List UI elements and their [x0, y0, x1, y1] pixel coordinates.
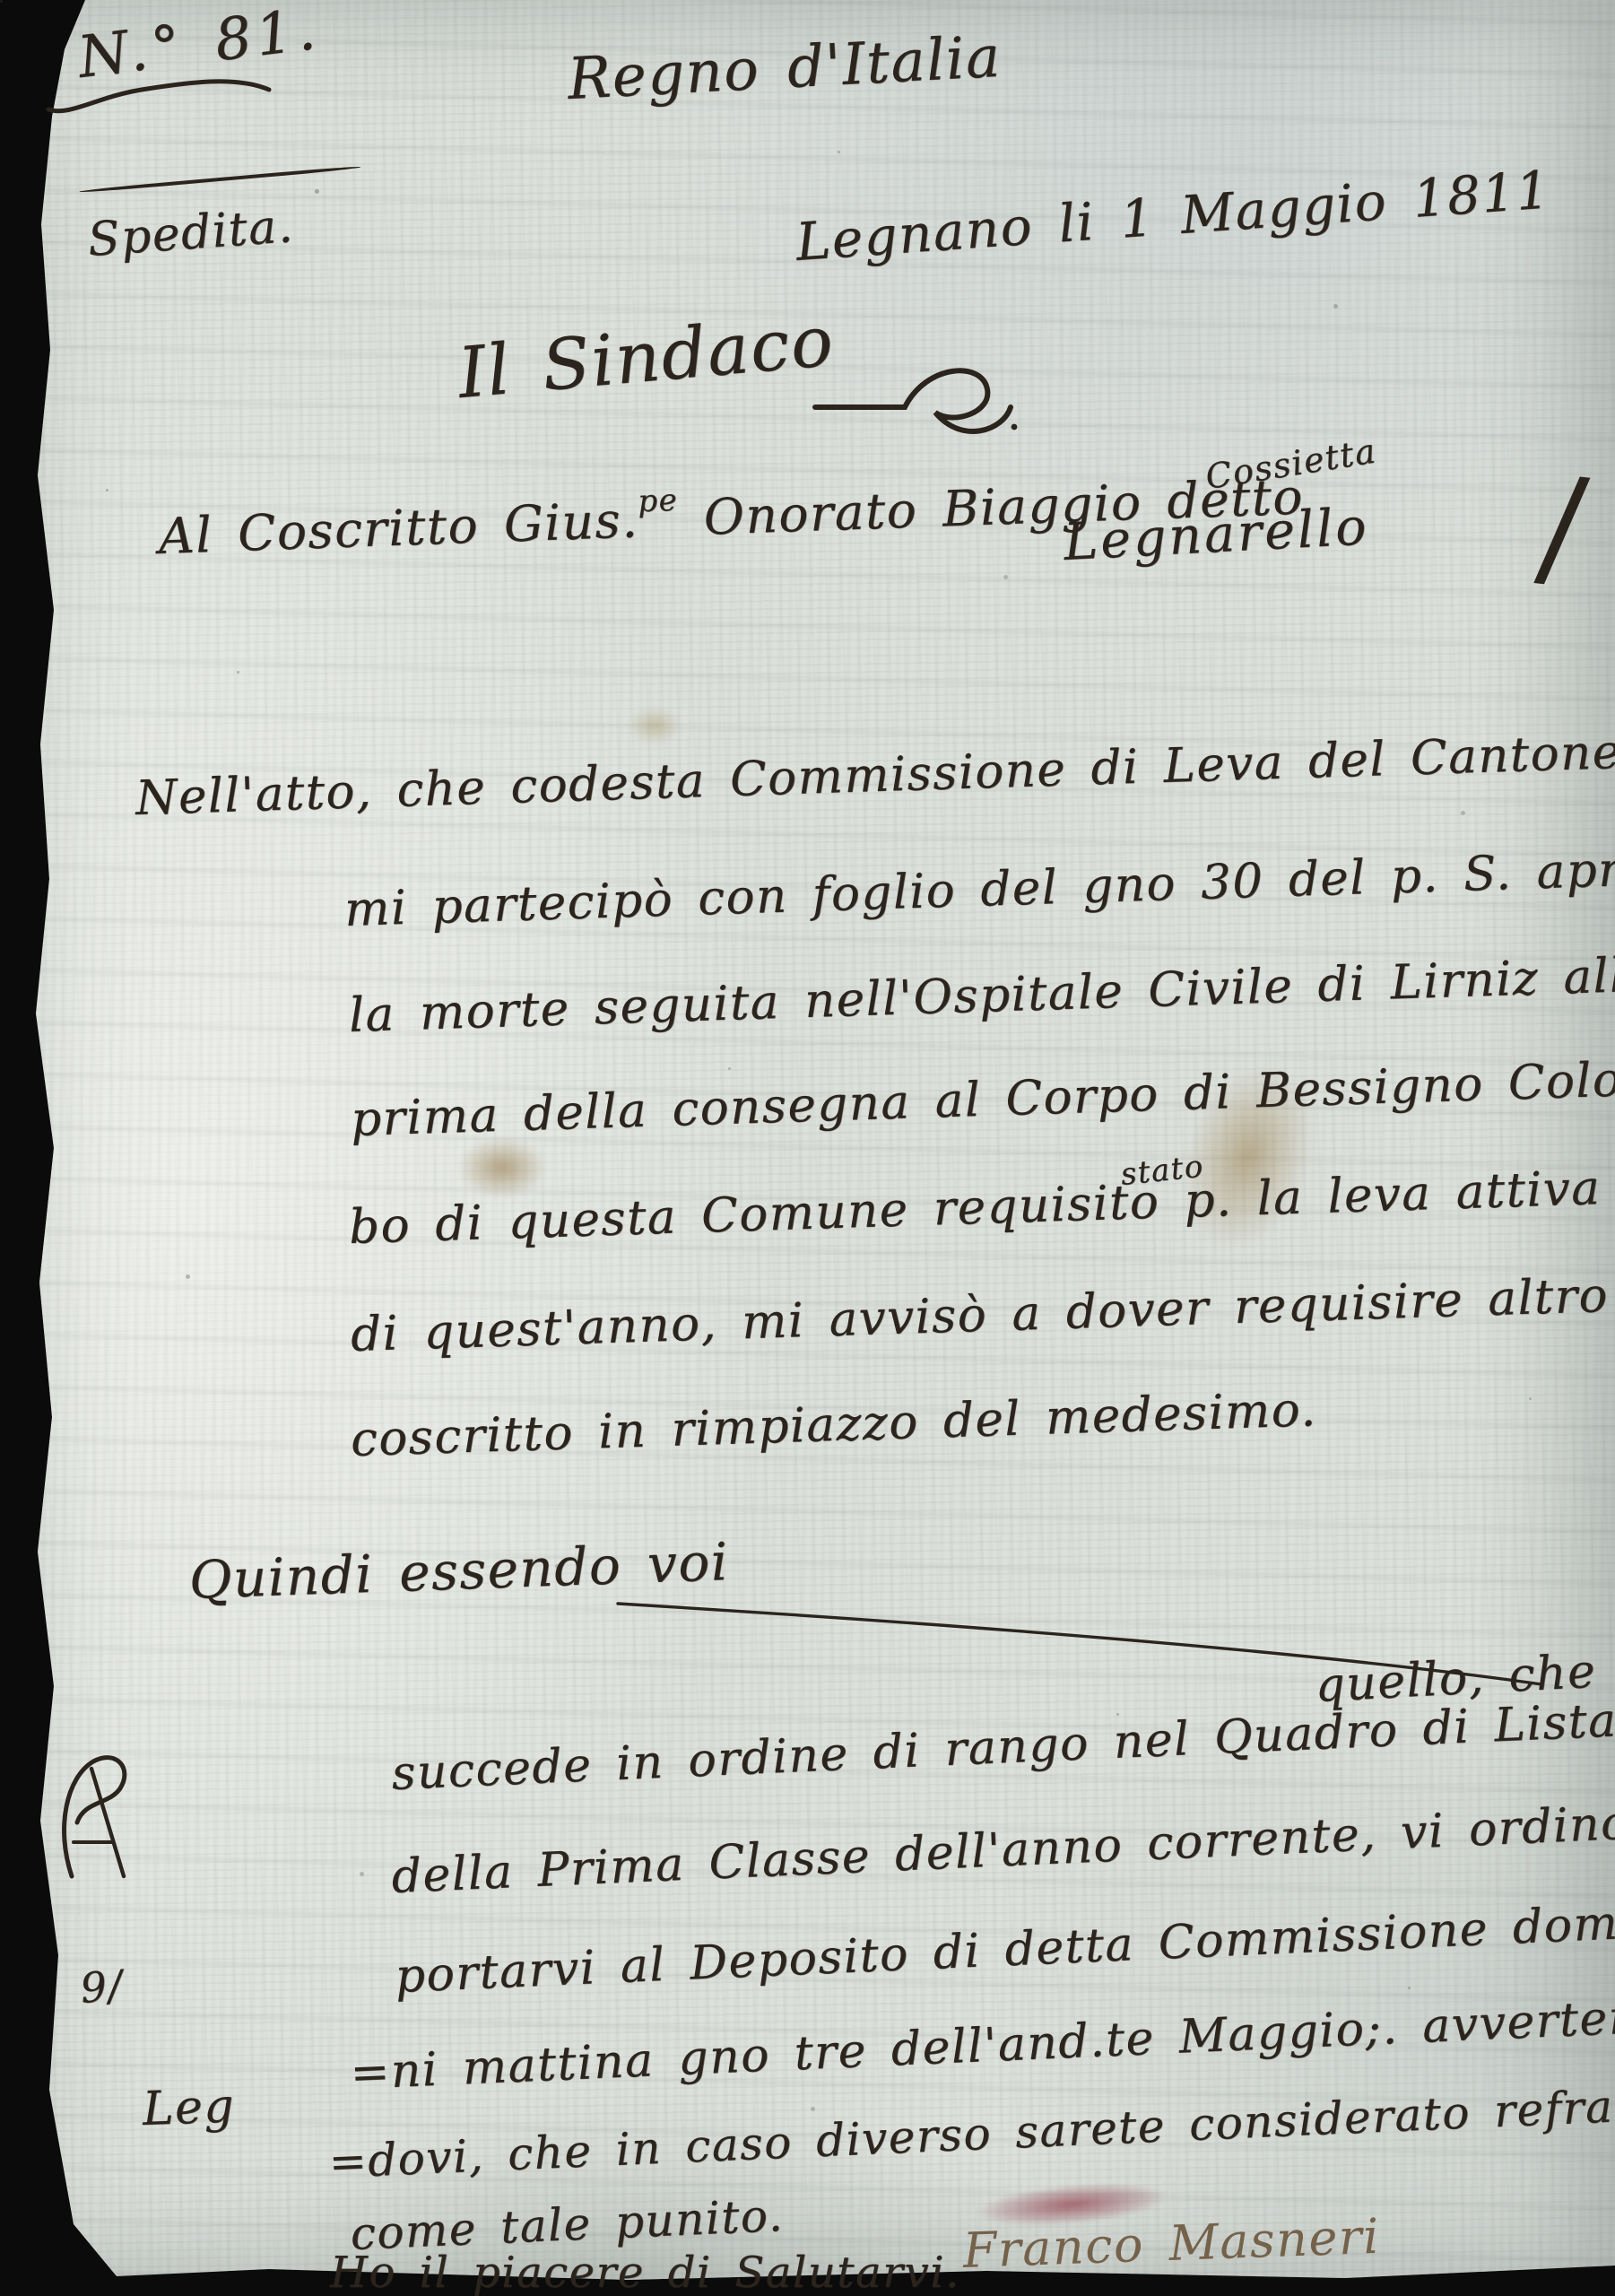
paper-speckles — [0, 0, 3, 3]
flourish-icon — [812, 357, 1018, 456]
superscript-abbreviation: pe — [638, 483, 679, 520]
margin-mark: Leg — [142, 2079, 236, 2136]
paraph-flourish-icon — [47, 1742, 154, 1894]
closing-line: Ho il piacere di Salutarvi. — [330, 2248, 960, 2296]
photo-backdrop: N.° 81. Spedita. Regno d'Italia Legnano … — [0, 0, 1615, 2296]
margin-mark: 9/ — [78, 1961, 125, 2013]
